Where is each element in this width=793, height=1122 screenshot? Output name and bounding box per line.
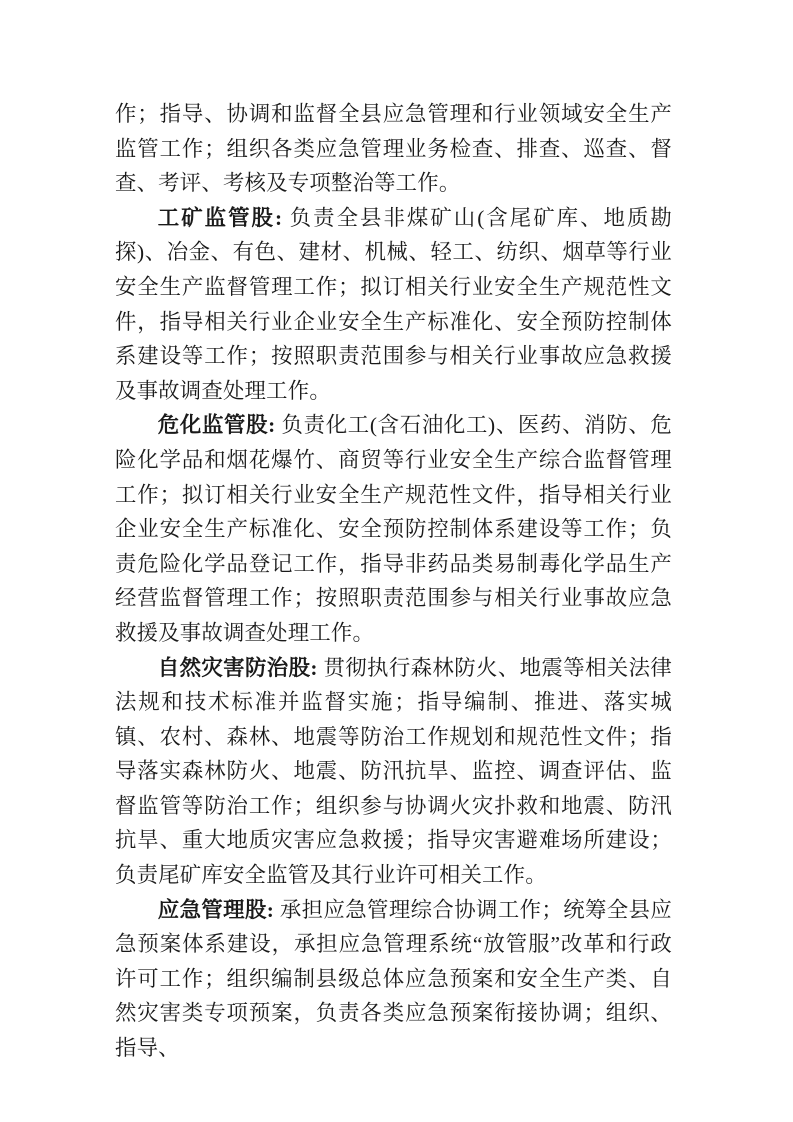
section-heading: 应急管理股: (158, 898, 280, 922)
paragraph-text: 贯彻执行森林防火、地震等相关法律法规和技术标准并监督实施；指导编制、推进、落实城… (115, 656, 672, 888)
document-page: 作；指导、协调和监督全县应急管理和行业领域安全生产监管工作；组织各类应急管理业务… (0, 0, 793, 1122)
para-continuation: 作；指导、协调和监督全县应急管理和行业领域安全生产监管工作；组织各类应急管理业务… (115, 97, 672, 201)
section-heading: 危化监管股: (158, 413, 282, 437)
paragraph-text: 作；指导、协调和监督全县应急管理和行业领域安全生产监管工作；组织各类应急管理业务… (115, 102, 672, 195)
paragraph-text: 承担应急管理综合协调工作；统筹全县应急预案体系建设，承担应急管理系统“放管服”改… (115, 898, 672, 1060)
paragraph-text: 负责全县非煤矿山(含尾矿库、地质勘探)、冶金、有色、建材、机械、轻工、纺织、烟草… (115, 206, 672, 403)
document-body: 作；指导、协调和监督全县应急管理和行业领域安全生产监管工作；组织各类应急管理业务… (115, 97, 672, 1066)
paragraph-text: 负责化工(含石油化工)、医药、消防、危险化学品和烟花爆竹、商贸等行业安全生产综合… (115, 413, 672, 645)
para-natural-disaster-prevention: 自然灾害防治股: 贯彻执行森林防火、地震等相关法律法规和技术标准并监督实施；指导… (115, 651, 672, 893)
para-hazchem-supervision: 危化监管股: 负责化工(含石油化工)、医药、消防、危险化学品和烟花爆竹、商贸等行… (115, 408, 672, 650)
para-mining-supervision: 工矿监管股: 负责全县非煤矿山(含尾矿库、地质勘探)、冶金、有色、建材、机械、轻… (115, 201, 672, 409)
section-heading: 自然灾害防治股: (158, 656, 324, 680)
section-heading: 工矿监管股: (158, 206, 290, 230)
para-emergency-management: 应急管理股: 承担应急管理综合协调工作；统筹全县应急预案体系建设，承担应急管理系… (115, 893, 672, 1066)
